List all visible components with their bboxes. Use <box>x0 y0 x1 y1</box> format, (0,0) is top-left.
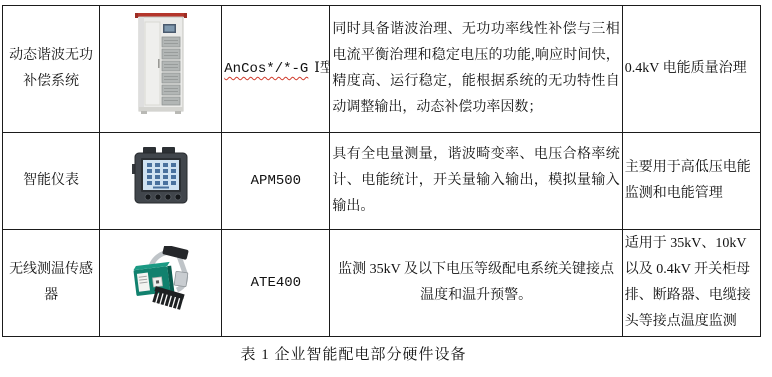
description-text: 具有全电量测量，谐波畸变率、电压合格率统计、电能统计，开关量输入输出，模拟量输入… <box>332 147 619 214</box>
device-image-cell <box>100 6 222 133</box>
table-caption: 表 1 企业智能配电部分硬件设备 <box>0 343 733 364</box>
model-number: ATE400 <box>251 275 301 291</box>
description-text: 同时具备谐波治理、无功功率线性补偿与三相电流平衡治理和稳定电压的功能,响应时间快… <box>332 22 619 115</box>
device-name: 智能仪表 <box>23 173 79 188</box>
description-text: 监测 35kV 及以下电压等级配电系统关键接点温度和温升预警。 <box>338 262 614 303</box>
smart-panel-meter-image <box>129 146 193 216</box>
table-row: 智能仪表 <box>3 133 761 230</box>
description-cell: 具有全电量测量，谐波畸变率、电压合格率统计、电能统计，开关量输入输出，模拟量输入… <box>330 133 622 230</box>
device-name-cell: 智能仪表 <box>3 133 100 230</box>
hardware-table: 动态谐波无功补偿系统 <box>2 5 761 337</box>
model-cell: APM500 <box>222 133 330 230</box>
compensation-cabinet-image <box>132 11 190 127</box>
device-name-cell: 无线测温传感器 <box>3 230 100 337</box>
model-suffix: Ⅰ型 <box>314 61 330 76</box>
device-name: 动态谐波无功补偿系统 <box>9 48 93 89</box>
model-cell: AnCos*/*-GⅠ型 <box>222 6 330 133</box>
application-cell: 适用于 35kV、10kV 以及 0.4kV 开关柜母排、断路器、电缆接头等接点… <box>622 230 760 337</box>
model-number: APM500 <box>251 173 301 189</box>
device-image-cell <box>100 133 222 230</box>
table-row: 动态谐波无功补偿系统 <box>3 6 761 133</box>
model-cell: ATE400 <box>222 230 330 337</box>
device-image-cell <box>100 230 222 337</box>
application-text: 0.4kV 电能质量治理 <box>625 61 747 76</box>
description-cell: 同时具备谐波治理、无功功率线性补偿与三相电流平衡治理和稳定电压的功能,响应时间快… <box>330 6 622 133</box>
application-text: 适用于 35kV、10kV 以及 0.4kV 开关柜母排、断路器、电缆接头等接点… <box>625 236 751 329</box>
model-number: AnCos*/*-G <box>224 61 308 77</box>
device-name-cell: 动态谐波无功补偿系统 <box>3 6 100 133</box>
wireless-temperature-sensor-image <box>123 246 199 320</box>
table-row: 无线测温传感器 <box>3 230 761 337</box>
application-cell: 0.4kV 电能质量治理 <box>622 6 760 133</box>
hardware-table-wrapper: 动态谐波无功补偿系统 <box>2 5 761 364</box>
device-name: 无线测温传感器 <box>9 262 93 303</box>
description-cell: 监测 35kV 及以下电压等级配电系统关键接点温度和温升预警。 <box>330 230 622 337</box>
application-cell: 主要用于高低压电能监测和电能管理 <box>622 133 760 230</box>
application-text: 主要用于高低压电能监测和电能管理 <box>625 160 751 201</box>
